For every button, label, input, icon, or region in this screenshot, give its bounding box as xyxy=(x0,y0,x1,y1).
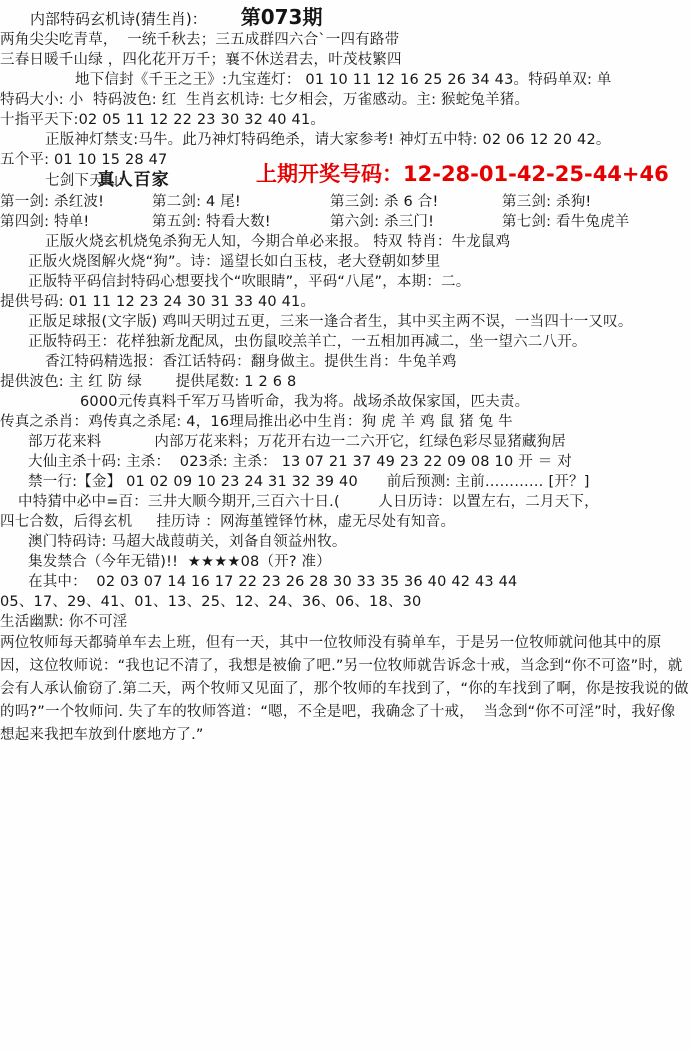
ten-fingers-line: 十指平天下:02 05 11 12 22 23 30 32 40 41。 xyxy=(0,110,690,130)
huoshao-mystic-line: 正版火烧玄机烧兔杀狗无人知，今期合单必来报。 特双 特肖：牛龙鼠鸡 xyxy=(0,232,690,252)
mystic-poem-line-1: 两角尖尖吃青草， 一统千秋去；三五成群四六合`一四有路带 xyxy=(0,30,690,50)
seven-swords-grid: 第一剑: 杀红波! 第二剑: 4 尾! 第三剑: 杀 6 合! 第三剑: 杀狗!… xyxy=(0,192,690,232)
sword-5: 第五剑: 特看大数! xyxy=(152,212,330,232)
daxian-kill-ten-line: 大仙主杀十码: 主杀： 023杀: 主杀： 13 07 21 37 49 23 … xyxy=(0,452,690,472)
sword-6: 第六剑: 杀三门! xyxy=(330,212,502,232)
header: 内部特码玄机诗(猜生肖)： 第073期 xyxy=(0,6,690,30)
last-draw-block: 五个平: 01 10 15 28 47 七剑下天山:真人百家 上期开奖号码：12… xyxy=(0,150,690,192)
humor-title: 生活幽默: 你不可淫 xyxy=(0,612,690,632)
issue-number: 第073期 xyxy=(241,6,323,28)
sword-1: 第一剑: 杀红波! xyxy=(0,192,152,212)
sword-3: 第三剑: 杀 6 合! xyxy=(330,192,502,212)
mystic-poem-line-2: 三春日暖千山绿 ，四化花开万千；襄不休送君去，叶茂枝繁四 xyxy=(0,50,690,70)
among-them-line: 在其中： 02 03 07 14 16 17 22 23 26 28 30 33… xyxy=(0,572,690,592)
wave-tail-line: 提供波色: 主 红 防 绿 提供尾数: 1 2 6 8 xyxy=(0,372,690,392)
last-draw-result: 上期开奖号码：12-28-01-42-25-44+46 xyxy=(256,158,669,188)
underground-envelope-line: 地下信封《千王之王》:九宝莲灯： 01 10 11 12 16 25 26 34… xyxy=(0,70,690,90)
sword-2: 第二剑: 4 尾! xyxy=(152,192,330,212)
numbers-provided-line: 提供号码: 01 11 12 23 24 30 31 33 40 41。 xyxy=(0,292,690,312)
temawang-line: 正版特码王：花样独新龙配凤，虫伤鼠咬羔羊亡，一五相加再减二，坐一望六二八开。 xyxy=(0,332,690,352)
size-wave-line: 特码大小: 小 特码波色: 红 生肖玄机诗: 七夕相会，万雀感动。主: 猴蛇兔羊… xyxy=(0,90,690,110)
jifa-stars-line: 集发禁合（今年无错)!! ★★★★08（开? 准） xyxy=(0,552,690,572)
sword-4: 第四剑: 特单! xyxy=(0,212,152,232)
magic-lamp-line: 正版神灯禁支:马牛。此乃神灯特码绝杀，请大家参考! 神灯五中特: 02 06 1… xyxy=(0,130,690,150)
header-label: 内部特码玄机诗(猜生肖)： xyxy=(0,8,207,30)
tip-sheet-page: 内部特码玄机诗(猜生肖)： 第073期 两角尖尖吃青草， 一统千秋去；三五成群四… xyxy=(0,0,690,1052)
huoshao-diagram-line: 正版火烧图解火烧“狗”。诗：遥望长如白玉枝，老大登朝如梦里 xyxy=(0,252,690,272)
sword-7: 第七剑: 看牛兔虎羊 xyxy=(502,212,690,232)
macau-poem-line: 澳门特码诗: 马超大战葭萌关，刘备自领益州牧。 xyxy=(0,532,690,552)
calendar-poem-line: 四七合数，后得玄机 挂历诗 ：网海堇镗铎竹林，虚无尽处有知音。 xyxy=(0,512,690,532)
jinyihang-line: 禁一行:【金】 01 02 09 10 23 24 31 32 39 40 前后… xyxy=(0,472,690,492)
tail-numbers-line: 05、17、29、41、01、13、25、12、24、36、06、18、30 xyxy=(0,592,690,612)
fax6000-line: 6000元传真料千军万马皆听命，我为将。战场杀故保家国，匹夫责。 xyxy=(0,392,690,412)
humor-joke-paragraph: 两位牧师每天都骑单车去上班，但有一天，其中一位牧师没有骑单车，于是另一位牧师就问… xyxy=(0,632,690,747)
fax-kill-line: 传真之杀肖：鸡传真之杀尾: 4，16理局推出必中生肖：狗 虎 羊 鸡 鼠 猪 兔… xyxy=(0,412,690,432)
football-paper-line: 正版足球报(文字版) 鸡叫天明过五更，三来一逢合者生，其中买主两不误，一当四十一… xyxy=(0,312,690,332)
wanhua-line: 部万花来料 内部万花来料；万花开右边一二六开它，红绿色彩尽显猪藏狗居 xyxy=(0,432,690,452)
zhongte-line: 中特猜中必中=百：三井大顺今期开,三百六十日.( 人日历诗：以置左右，二月天下， xyxy=(0,492,690,512)
watermark-text: 真人百家 xyxy=(98,170,170,190)
sword-3b: 第三剑: 杀狗! xyxy=(502,192,690,212)
xiangjiang-line: 香江特码精选报：香江话特码：翻身做主。提供生肖：牛兔羊鸡 xyxy=(0,352,690,372)
teping-envelope-line: 正版特平码信封特码心想要找个“吹眼睛”，平码“八尾”，本期：二。 xyxy=(0,272,690,292)
